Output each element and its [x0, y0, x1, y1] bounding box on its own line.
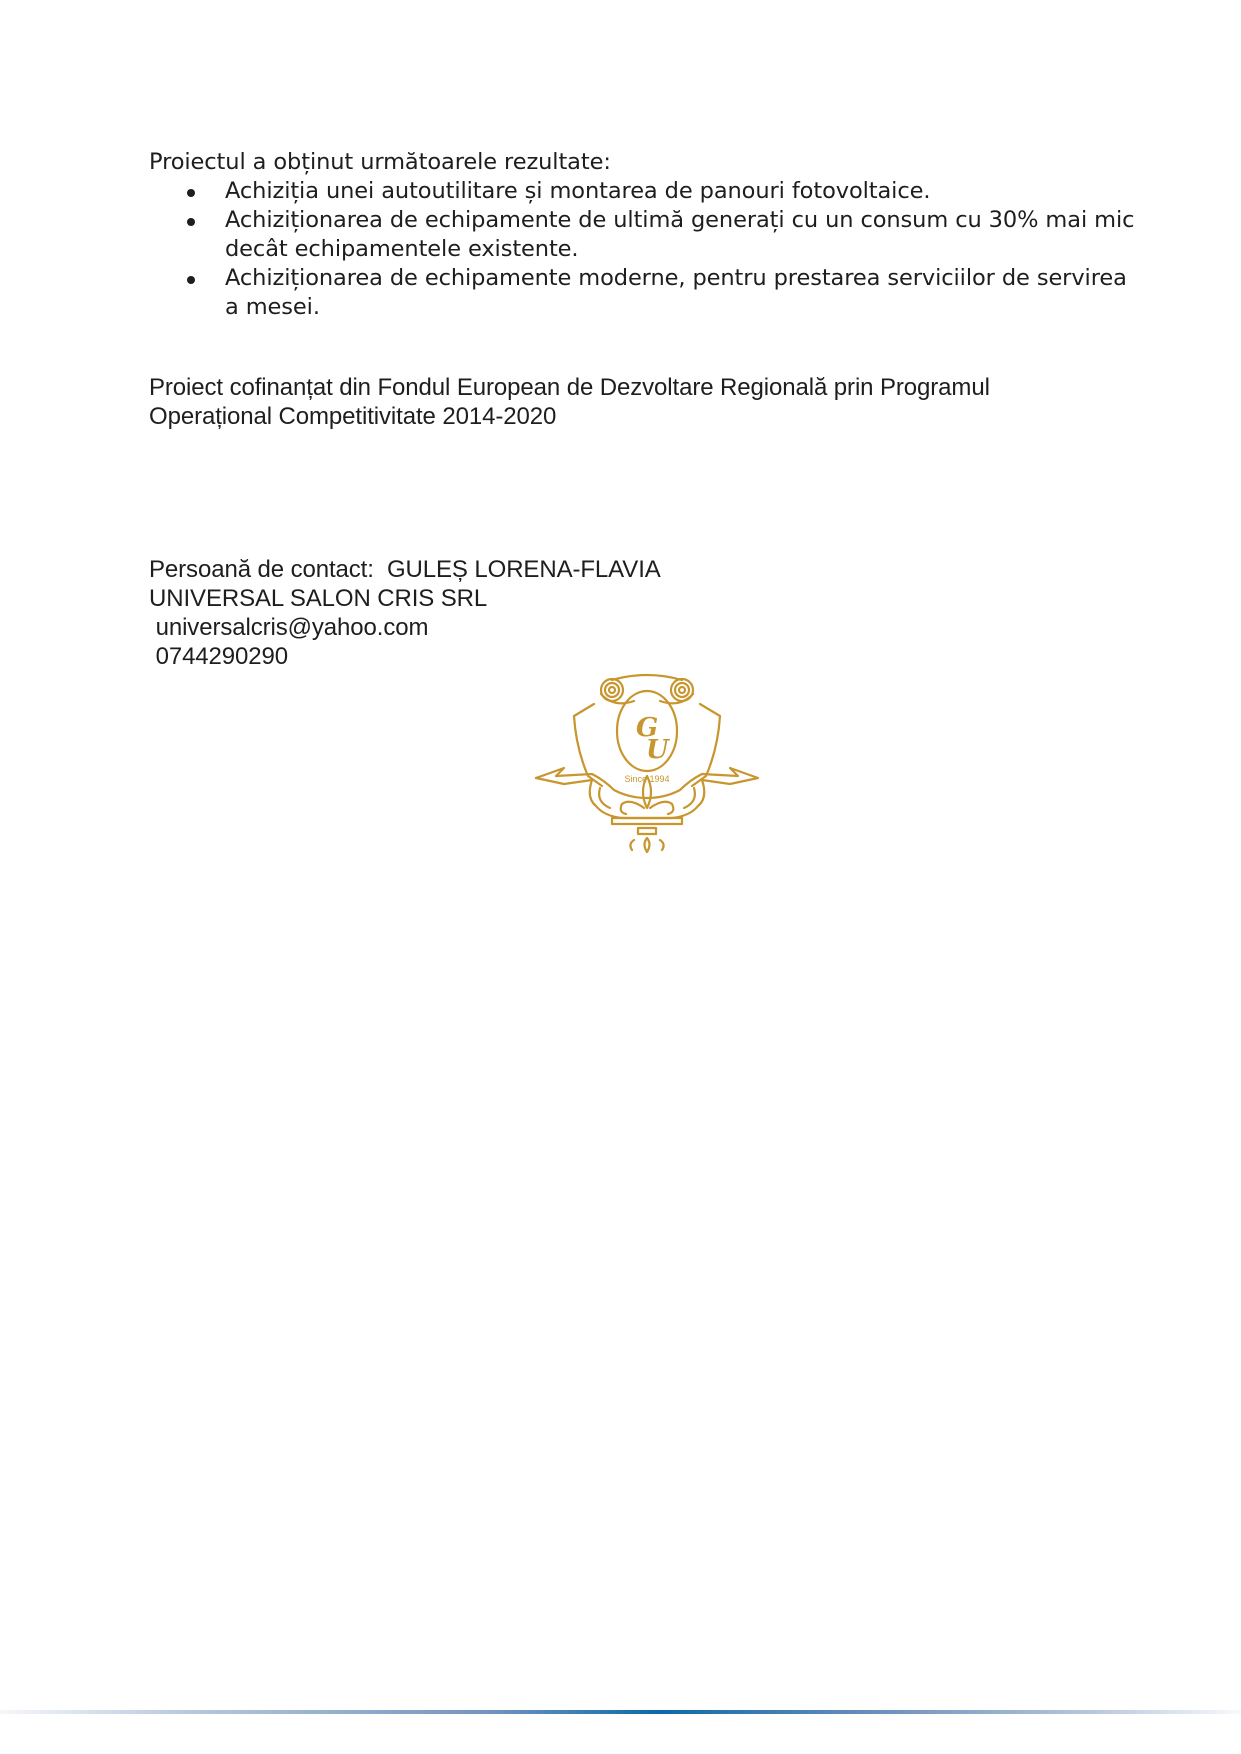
- document-page: Proiectul a obținut următoarele rezultat…: [0, 0, 1241, 1754]
- company-name: UNIVERSAL SALON CRIS SRL: [149, 584, 661, 613]
- funding-line-1: Proiect cofinanțat din Fondul European d…: [149, 373, 990, 402]
- list-item: Achiziția unei autoutilitare și montarea…: [149, 177, 1145, 206]
- result-text-cont: a mesei.: [225, 294, 320, 320]
- list-item: Achiziționarea de echipamente de ultimă …: [149, 206, 1145, 264]
- results-intro: Proiectul a obținut următoarele rezultat…: [149, 148, 611, 177]
- bullet-icon: [187, 189, 195, 197]
- list-item: Achiziționarea de echipamente moderne, p…: [149, 264, 1145, 322]
- results-list: Achiziția unei autoutilitare și montarea…: [149, 177, 1145, 322]
- bullet-icon: [187, 218, 195, 226]
- result-text: Achiziția unei autoutilitare și montarea…: [225, 178, 930, 204]
- footer-divider: [0, 1710, 1241, 1714]
- contact-email[interactable]: universalcris@yahoo.com: [149, 613, 661, 642]
- result-text-cont: decât echipamentele existente.: [225, 236, 578, 262]
- result-text: Achiziționarea de echipamente moderne, p…: [225, 265, 1127, 291]
- contact-phone: 0744290290: [149, 642, 661, 671]
- funding-statement: Proiect cofinanțat din Fondul European d…: [149, 373, 990, 431]
- company-logo: G U Since 1994: [534, 668, 760, 858]
- contact-person: Persoană de contact: GULEȘ LORENA-FLAVIA: [149, 555, 661, 584]
- contact-block: Persoană de contact: GULEȘ LORENA-FLAVIA…: [149, 555, 661, 671]
- result-text: Achiziționarea de echipamente de ultimă …: [225, 207, 1134, 233]
- bullet-icon: [187, 276, 195, 284]
- logo-since-text: Since 1994: [624, 774, 669, 784]
- funding-line-2: Operațional Competitivitate 2014-2020: [149, 402, 990, 431]
- logo-letter-u: U: [646, 735, 670, 765]
